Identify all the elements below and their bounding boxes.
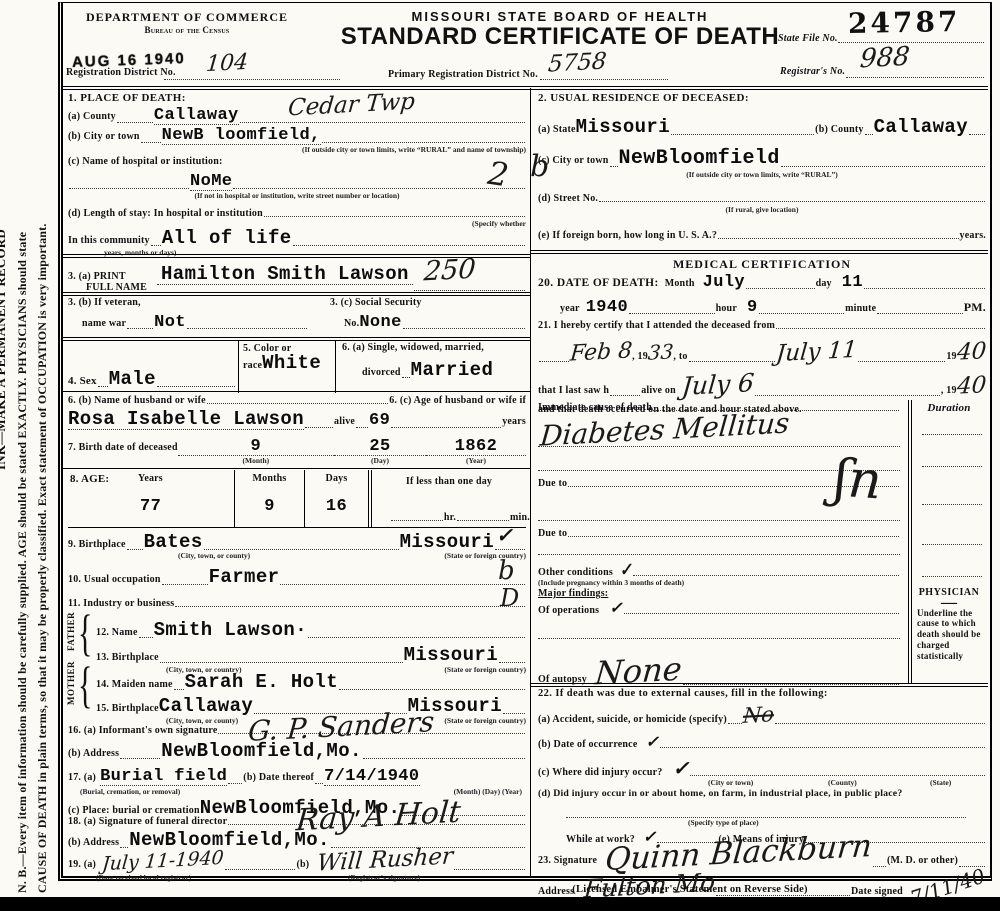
leader xyxy=(718,237,958,239)
residence-hand-mark: b xyxy=(530,152,549,182)
leader xyxy=(391,426,501,428)
mother-brace: { xyxy=(78,657,92,715)
alive-on-label: alive on xyxy=(641,385,676,396)
last-saw-label: that I last saw h xyxy=(538,385,609,396)
community-value: All of life xyxy=(162,229,292,248)
section-certification: 21. I hereby certify that I attended the… xyxy=(538,320,986,400)
leader xyxy=(98,385,108,387)
age-days-cell: Days 16 xyxy=(304,470,368,527)
residence-heading: 2. USUAL RESIDENCE OF DECEASED: xyxy=(538,92,986,104)
external-heading: 22. If death was due to external causes,… xyxy=(538,688,986,699)
leader xyxy=(969,133,985,135)
spouse-age-label1: 6. (c) Age of husband or wife if xyxy=(389,395,526,406)
veteran-row: name war Not xyxy=(82,314,308,331)
leader xyxy=(610,394,640,396)
section-veteran-ssn: 3. (b) If veteran, name war Not 3. (c) S… xyxy=(68,297,526,337)
spouse-value: Rosa Isabelle Lawson xyxy=(68,410,304,430)
leader xyxy=(633,574,899,576)
leader xyxy=(233,187,525,189)
leader xyxy=(339,688,525,690)
certificate-title: STANDARD CERTIFICATE OF DEATH xyxy=(310,23,810,51)
informant-signature: G. P. Sanders xyxy=(247,708,436,746)
other-conditions-note: (Include pregnancy within 3 months of de… xyxy=(538,578,684,587)
age-hr-min-row: hr. min. xyxy=(390,512,530,523)
margin-note-line2: CAUSE OF DEATH in plain terms, so that i… xyxy=(35,223,50,893)
of-operations-label: Of operations xyxy=(538,605,599,616)
other-conditions-mark: ✓ xyxy=(618,561,634,579)
major-findings-label: Major findings: xyxy=(538,588,900,599)
day-value: 11 xyxy=(842,274,863,291)
foreign-born-suffix: years. xyxy=(960,230,986,241)
spouse-label: 6. (b) Name of husband or wife xyxy=(68,395,206,406)
state-file-number: 24787 xyxy=(848,5,961,40)
immediate-cause-value: Diabetes Mellitus xyxy=(539,409,791,450)
state-file-line xyxy=(838,42,984,43)
section-occupation: 10. Usual occupation Farmer b xyxy=(68,568,526,594)
age-hr-label: hr. xyxy=(444,512,456,523)
injury-place-note: (Specify type of place) xyxy=(688,818,986,827)
leader xyxy=(776,327,985,329)
birthplace-label: 9. Birthplace xyxy=(68,539,126,550)
ssn-label2: No. xyxy=(344,318,359,329)
leader xyxy=(539,360,569,362)
funeral-director-label: 18. (a) Signature of funeral director xyxy=(68,816,227,827)
residence-county-label: (b) County xyxy=(815,124,863,135)
leader xyxy=(402,376,410,378)
mother-birthplace-value: Callaway xyxy=(159,697,253,716)
mother-birthplace-note: (City, town, or county) xyxy=(166,716,238,725)
occurrence-date-mark: ✓ xyxy=(645,734,658,750)
street-no-label: (d) Street No. xyxy=(538,193,598,204)
leader xyxy=(322,141,525,143)
of-operations-mark: ✓ xyxy=(609,600,622,616)
leader xyxy=(865,133,873,135)
injury-state-note: (State) xyxy=(930,778,951,787)
registrar-row-no: 19. (a) xyxy=(68,859,96,870)
other-conditions-label: Other conditions xyxy=(538,567,613,578)
birthplace-hand-mark: ✓ xyxy=(496,525,513,545)
section-full-name: 3. (a) PRINT FULL NAME Hamilton Smith La… xyxy=(68,259,526,292)
leader xyxy=(755,394,940,396)
birthdate-year-value: 1862 xyxy=(426,438,526,456)
leader xyxy=(69,187,189,189)
age-years-value: 77 xyxy=(140,498,161,515)
sex-cell: 4. Sex Male xyxy=(68,342,238,391)
burial-place-label: (c) Place: burial or cremation xyxy=(68,805,200,816)
injury-where-label: (c) Where did injury occur? xyxy=(538,767,662,778)
occupation-value: Farmer xyxy=(209,568,280,587)
father-side-label: FATHER xyxy=(66,612,76,651)
leader xyxy=(858,360,945,362)
age-years-header: Years xyxy=(138,473,163,484)
industry-hand-mark: D xyxy=(500,586,519,610)
leader xyxy=(160,661,403,663)
hospital-label: (c) Name of hospital or institution: xyxy=(68,156,526,167)
department-block: DEPARTMENT OF COMMERCE Bureau of the Cen… xyxy=(72,10,302,35)
physician-instruction: Underline the cause to which death shoul… xyxy=(917,608,981,662)
findings-line xyxy=(538,638,900,639)
leader xyxy=(127,548,143,550)
leader xyxy=(746,287,815,289)
birthdate-month: 9 (Month) xyxy=(178,438,334,465)
registration-district-number: 104 xyxy=(205,52,249,76)
hour-label: hour xyxy=(716,303,737,314)
duration-line xyxy=(922,504,982,505)
specify-note: (Specify whether xyxy=(68,219,526,228)
primary-district-label: Primary Registration District No. xyxy=(388,69,538,80)
leader xyxy=(139,636,153,638)
leader xyxy=(599,200,985,202)
duration-column: Duration xyxy=(908,400,986,585)
birthdate-label: 7. Birth date of deceased xyxy=(68,442,178,453)
age-years-cell: 8. AGE: Years 77 xyxy=(68,470,234,527)
leader xyxy=(414,289,525,291)
age-days-value: 16 xyxy=(305,498,368,515)
burial-date-label: (b) Date thereof xyxy=(243,772,314,783)
date-received-handwritten: July 11-1940 xyxy=(101,849,224,874)
age-months-cell: Months 9 xyxy=(234,470,304,527)
date-received-note: (Date received local registrar) xyxy=(96,873,191,882)
father-birthplace-label: 13. Birthplace xyxy=(96,652,159,663)
leader xyxy=(568,535,899,537)
leader xyxy=(363,757,525,759)
leader xyxy=(671,133,814,135)
duration-line xyxy=(922,576,982,577)
cause-rows: Immediate cause of death Diabetes Mellit… xyxy=(538,402,900,413)
burial-no: 17. (a) xyxy=(68,772,96,783)
section-age: 8. AGE: Years 77 Months 9 Days 16 If les… xyxy=(68,470,526,528)
section-rule xyxy=(530,250,988,254)
leader xyxy=(127,327,153,329)
county-value: Callaway xyxy=(154,107,239,125)
age-months-header: Months xyxy=(235,473,304,484)
leader xyxy=(174,688,184,690)
attended-from-date: Feb 8 xyxy=(569,340,633,365)
leader xyxy=(457,519,509,521)
due-to-2-label: Due to xyxy=(538,528,567,539)
day-label: day xyxy=(816,278,832,289)
leader xyxy=(690,774,985,776)
mother-name-value: Sarah E. Holt xyxy=(185,673,338,692)
section-date-of-death: 20. DATE OF DEATH: Month July day 11 yea… xyxy=(538,274,986,316)
primary-district-line xyxy=(540,79,668,80)
injury-place-label: (d) Did injury occur in or about home, o… xyxy=(538,788,986,799)
leader xyxy=(120,846,128,848)
age-less-cell: If less than one day hr. min. xyxy=(368,470,526,527)
due-to-1-label: Due to xyxy=(538,478,567,489)
birthplace-state: Missouri xyxy=(400,533,494,552)
spouse-age-label2: alive xyxy=(334,416,355,427)
case-number-handwritten: 250 xyxy=(423,256,477,286)
section-sex-race-marital: 4. Sex Male 5. Color or race White 6. (a… xyxy=(68,342,526,391)
section-place-of-death: 1. PLACE OF DEATH: (a) County Callaway C… xyxy=(68,92,526,254)
residence-state-value: Missouri xyxy=(576,118,670,137)
leader xyxy=(873,865,886,867)
birthplace-value: Bates xyxy=(144,533,203,552)
residence-city-note: (If outside city or town limits, write “… xyxy=(538,170,986,179)
leader xyxy=(499,661,525,663)
department-title: DEPARTMENT OF COMMERCE xyxy=(72,10,302,25)
city-label: (b) City or town xyxy=(68,131,140,142)
leader xyxy=(610,165,618,167)
section-physician-signature: 23. Signature Quinn Blackburn (M. D. or … xyxy=(538,838,986,876)
section-rule xyxy=(62,468,530,469)
marital-value: Married xyxy=(411,361,494,380)
leader xyxy=(175,605,525,607)
leader xyxy=(624,612,899,614)
race-cell: 5. Color or race White xyxy=(238,340,336,393)
injury-county-note: (County) xyxy=(828,778,857,787)
birthdate-year-note: (Year) xyxy=(466,456,486,465)
sex-row: 4. Sex Male xyxy=(68,370,236,389)
registrar-number: 988 xyxy=(859,44,911,73)
spouse-age-suffix: years xyxy=(502,416,526,427)
leader xyxy=(204,548,399,550)
physician-box: PHYSICIAN — Underline the cause to which… xyxy=(908,585,986,683)
cause-line xyxy=(538,554,900,555)
county-label: (a) County xyxy=(68,111,116,122)
header-rule xyxy=(62,86,988,90)
leader xyxy=(293,244,525,246)
leader xyxy=(689,360,776,362)
registrar-no-line xyxy=(846,77,984,78)
month-value: July xyxy=(703,274,745,291)
leader xyxy=(495,548,525,550)
veteran-label1: 3. (b) If veteran, xyxy=(68,297,141,308)
race-label2: race xyxy=(243,360,262,371)
cause-line xyxy=(538,520,900,521)
leader xyxy=(207,402,388,404)
section-residence: 2. USUAL RESIDENCE OF DECEASED: (a) Stat… xyxy=(538,92,986,250)
marital-label1: 6. (a) Single, widowed, married, xyxy=(342,342,526,353)
registrar-sig-no: (b) xyxy=(296,859,309,870)
occupation-label: 10. Usual occupation xyxy=(68,574,161,585)
occupation-hand-mark: b xyxy=(498,558,515,584)
marital-label2: divorced xyxy=(362,367,401,378)
burial-date-value: 7/14/1940 xyxy=(324,768,419,786)
hospital-note: (If not in hospital or institution, writ… xyxy=(68,191,526,200)
section-informant: 16. (a) Informant's own signature G. P. … xyxy=(68,725,526,767)
duration-line xyxy=(922,544,982,545)
section-external-causes: 22. If death was due to external causes,… xyxy=(538,688,986,834)
leader xyxy=(157,385,235,387)
leader xyxy=(264,215,525,217)
registrar-no-label: Registrar's No. xyxy=(780,66,845,77)
street-no-note: (If rural, give location) xyxy=(538,205,986,214)
last-saw-year: 40 xyxy=(956,374,987,399)
leader xyxy=(120,757,160,759)
age-months-value: 9 xyxy=(235,498,304,515)
leader xyxy=(141,141,161,143)
residence-city-value: NewBloomfield xyxy=(619,149,780,169)
birthdate-year: 1862 (Year) xyxy=(426,438,526,465)
mother-name-label: 14. Maiden name xyxy=(96,679,173,690)
father-rows: 12. Name Smith Lawson· 13. Birthplace Mi… xyxy=(96,621,526,675)
burial-type-note: (Burial, cremation, or removal) xyxy=(80,787,180,796)
attended-from-year: 33 xyxy=(647,341,674,362)
leader xyxy=(775,722,985,724)
scan-edge-bar xyxy=(0,897,1000,911)
veteran-value: Not xyxy=(154,314,186,331)
full-name-value: Hamilton Smith Lawson xyxy=(157,259,413,285)
mother-birthplace-label: 15. Birthplace xyxy=(96,703,159,714)
leader xyxy=(151,244,161,246)
section-father: FATHER { 12. Name Smith Lawson· 13. Birt… xyxy=(68,621,526,671)
age-min-label: min. xyxy=(510,512,530,523)
informant-address-label: (b) Address xyxy=(68,748,119,759)
leader xyxy=(225,868,296,870)
leader xyxy=(781,165,985,167)
veteran-label2: name war xyxy=(82,318,126,329)
md-or-other-label: (M. D. or other) xyxy=(887,855,958,866)
sex-label: 4. Sex xyxy=(68,375,97,387)
leader xyxy=(117,121,153,123)
death-certificate-scan: INK—MAKE A PERMANENT RECORD N. B.—Every … xyxy=(0,0,1000,911)
age-less-header: If less than one day xyxy=(372,476,526,487)
due-to-2-row: Due to xyxy=(538,528,900,539)
spouse-age-value: 69 xyxy=(369,412,390,429)
physician-signature: Quinn Blackburn xyxy=(604,831,873,876)
birthdate-month-note: (Month) xyxy=(243,456,270,465)
leader xyxy=(187,327,307,329)
leader xyxy=(759,312,844,314)
city-note: (If outside city or town limits, write “… xyxy=(68,145,526,154)
attended-from-prefix: , 19 xyxy=(632,351,648,362)
section-major-findings: Major findings: Of operations ✓ Of autop… xyxy=(538,588,900,680)
ssn-value: None xyxy=(359,314,401,331)
state-file-label: State File No. xyxy=(778,33,838,44)
residence-state-label: (a) State xyxy=(538,124,576,135)
board-title: MISSOURI STATE BOARD OF HEALTH xyxy=(320,9,800,24)
year-label: year xyxy=(560,303,580,314)
birthdate-day-value: 25 xyxy=(334,438,426,456)
funeral-director-signature: Ray A Holt xyxy=(295,798,462,837)
attended-to-label: , to xyxy=(673,351,687,362)
leader xyxy=(228,782,242,784)
section-industry: 11. Industry or business D xyxy=(68,598,526,618)
attended-to-year: 40 xyxy=(956,340,987,365)
leader xyxy=(315,782,323,784)
leader xyxy=(391,519,443,521)
bureau-subtitle: Bureau of the Census xyxy=(72,25,302,35)
leader xyxy=(864,287,985,289)
full-name-l1: PRINT xyxy=(94,271,126,282)
birthplace-note: (City, town, or county) xyxy=(178,551,250,560)
leader xyxy=(403,327,525,329)
leader xyxy=(240,121,525,123)
immediate-cause-label: Immediate cause of death xyxy=(538,402,652,413)
burial-type-value: Burial field xyxy=(100,768,227,786)
section-birthplace: 9. Birthplace Bates Missouri (City, town… xyxy=(68,533,526,565)
margin-edge-note: INK—MAKE A PERMANENT RECORD xyxy=(0,229,9,470)
month-label: Month xyxy=(665,278,695,289)
sex-value: Male xyxy=(109,370,156,389)
date-of-death-label: 20. DATE OF DEATH: xyxy=(538,277,659,289)
duration-line xyxy=(922,466,982,467)
cause-line xyxy=(538,446,900,447)
age-label: 8. AGE: xyxy=(70,473,109,485)
section-local-registrar: 19. (a) July 11-1940 (b) Will Rusher (Da… xyxy=(68,849,526,875)
section-rule xyxy=(530,683,988,687)
registrar-signature-note: (Registrar's signature) xyxy=(348,873,420,882)
race-value: White xyxy=(262,354,321,373)
birthdate-day-note: (Day) xyxy=(371,456,389,465)
margin-note-line1: N. B.—Every item of information should b… xyxy=(15,232,30,893)
section-spouse-birthdate: 6. (b) Name of husband or wife 6. (c) Ag… xyxy=(68,395,526,467)
city-value: NewB loomfield, xyxy=(162,127,321,145)
duration-header: Duration xyxy=(912,402,986,414)
father-brace: { xyxy=(78,605,92,663)
medical-certification-heading: MEDICAL CERTIFICATION xyxy=(538,257,986,272)
certify-line1: 21. I hereby certify that I attended the… xyxy=(538,320,775,331)
residence-county-value: Callaway xyxy=(874,118,968,137)
last-saw-date: July 6 xyxy=(681,370,755,399)
attended-to-date: July 11 xyxy=(775,339,858,366)
section-funeral-director: 18. (a) Signature of funeral director Ra… xyxy=(68,816,526,848)
father-name-label: 12. Name xyxy=(96,627,138,638)
community-label: In this community xyxy=(68,235,150,246)
accident-label: (a) Accident, suicide, or homicide (spec… xyxy=(538,714,727,725)
other-conditions-row: Other conditions ✓ xyxy=(538,562,900,578)
birthdate-month-value: 9 xyxy=(178,438,334,456)
mother-side-label: MOTHER xyxy=(66,661,76,705)
duration-line xyxy=(922,434,982,435)
registration-district-line xyxy=(164,79,340,80)
minute-label: minute xyxy=(845,303,876,314)
leader xyxy=(454,868,525,870)
embalmer-footer-note: (Licensed Embalmer's Statement on Revers… xyxy=(420,884,960,895)
hour-value: 9 xyxy=(747,299,758,316)
leader xyxy=(728,722,742,724)
injury-where-mark: ✓ xyxy=(672,758,689,778)
leader xyxy=(162,583,208,585)
year-value: 1940 xyxy=(586,299,628,316)
leader xyxy=(503,712,525,714)
accident-value: No xyxy=(742,704,775,727)
due-to-hand-mark: ʃn xyxy=(832,452,883,507)
section-rule xyxy=(62,391,530,392)
leader xyxy=(877,312,962,314)
physician-signature-label: 23. Signature xyxy=(538,855,597,866)
leader xyxy=(660,746,985,748)
hospital-value: NoMe xyxy=(190,173,232,191)
ampm-label: PM. xyxy=(964,300,986,315)
ssn-row: No. None xyxy=(344,314,526,331)
foreign-born-label: (e) If foreign born, how long in U. S. A… xyxy=(538,230,717,241)
primary-district-number: 5758 xyxy=(547,50,607,76)
marital-cell: 6. (a) Single, widowed, married, divorce… xyxy=(342,342,526,391)
attended-to-prefix: 19 xyxy=(946,351,956,362)
occurrence-date-label: (b) Date of occurrence xyxy=(538,739,637,750)
burial-date-note: (Month) (Day) (Year) xyxy=(454,787,522,796)
informant-label: 16. (a) Informant's own signature xyxy=(68,725,217,736)
birthdate-day: 25 (Day) xyxy=(334,438,426,465)
full-name-label: 3. (a) PRINT FULL NAME xyxy=(68,271,147,293)
mother-birthplace-state-note: (State or foreign country) xyxy=(444,716,526,725)
ssn-label1: 3. (c) Social Security xyxy=(330,297,422,308)
leader xyxy=(356,426,368,428)
section-cause-of-death: Duration Immediate cause of death Diabet… xyxy=(538,400,986,585)
leader xyxy=(305,426,333,428)
section-rule xyxy=(62,292,530,296)
injury-city-note: (City or town) xyxy=(708,778,753,787)
length-of-stay-label: (d) Length of stay: In hospital or insti… xyxy=(68,208,263,219)
age-days-header: Days xyxy=(305,473,368,484)
funeral-director-address-label: (b) Address xyxy=(68,837,119,848)
last-saw-prefix: , 19 xyxy=(941,385,957,396)
leader xyxy=(280,583,525,585)
column-divider xyxy=(530,88,531,877)
